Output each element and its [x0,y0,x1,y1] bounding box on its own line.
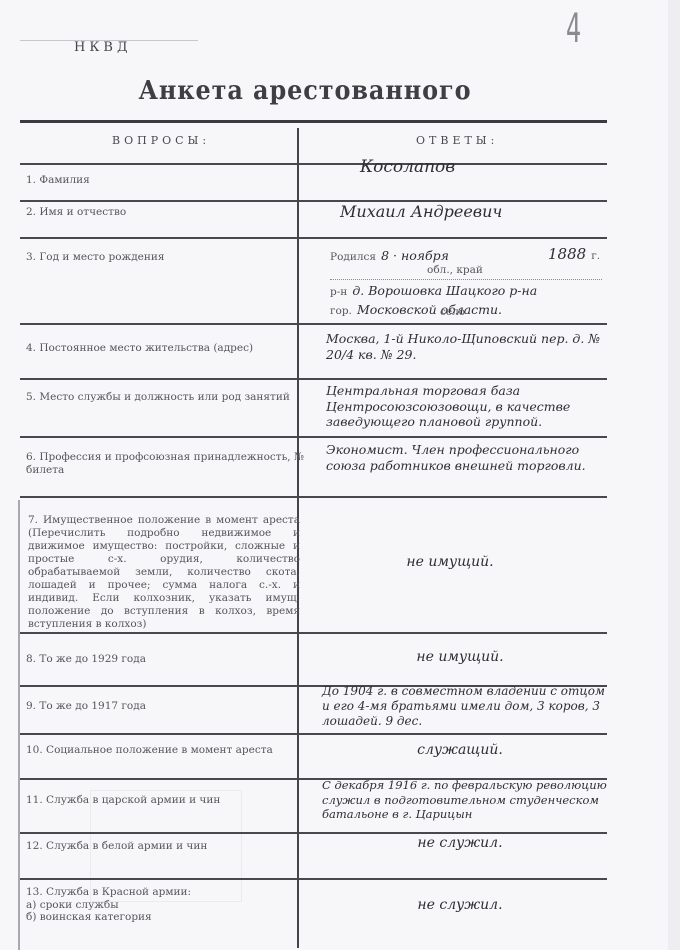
answer-8: не имущий. [330,650,590,666]
scan-fold-line [18,500,20,950]
question-11: 11. Служба в царской армии и чин [26,794,316,807]
answer-12: не служил. [330,836,590,852]
region-label: обл., край [427,264,483,276]
answer-2: Михаил Андреевич [340,204,630,220]
row-divider [20,323,607,325]
question-12: 12. Служба в белой армии и чин [26,840,316,853]
agency-name: НКВД [74,40,132,55]
answer-7: не имущий. [320,555,580,571]
district-label: р-н [330,286,347,298]
answers-header: ОТВЕТЫ: [416,134,498,147]
year-suffix: г. [591,250,600,262]
city-label: гор. [330,305,352,317]
row-divider [20,878,607,880]
question-13: 13. Служба в Красной армии: а) сроки слу… [26,886,316,924]
answer-6: Экономист. Член профессионального союза … [326,442,602,473]
form-title: Анкета арестованного [24,76,585,106]
questions-header: ВОПРОСЫ: [112,134,210,147]
answer-11: С декабря 1916 г. по февральскую революц… [322,778,612,822]
question-1: 1. Фамилия [26,174,316,187]
answer-9: До 1904 г. в совместном владении с отцом… [322,684,607,729]
born-year: 1888 [548,245,586,263]
row-divider [20,832,607,834]
row-divider [20,237,607,239]
row-divider [20,632,607,634]
born-label: Родился [330,251,376,263]
question-8: 8. То же до 1929 года [26,653,316,666]
answer-10: служащий. [330,743,590,759]
answer-13: не служил. [330,898,590,914]
question-2: 2. Имя и отчество [26,206,316,219]
row-divider [20,733,607,735]
scan-edge [668,0,680,950]
question-7: 7. Имущественное положение в момент арес… [28,514,300,631]
answer-4: Москва, 1-й Николо-Щиповский пер. д. № 2… [326,331,602,362]
question-10: 10. Социальное положение в момент ареста [26,744,316,757]
table-top-rule [20,120,607,123]
row-divider [20,378,607,380]
district-value: д. Ворошовка Шацкого р-на [352,283,537,298]
born-date: 8 · ноября [381,248,449,263]
row-divider [20,200,607,202]
question-3: 3. Год и место рождения [26,251,316,264]
row-divider [20,436,607,438]
question-5: 5. Место службы и должность или род заня… [26,391,316,404]
question-4: 4. Постоянное место жительства (адрес) [26,342,316,355]
question-9: 9. То же до 1917 года [26,700,316,713]
arrest-questionnaire-page: НКВД 4 Анкета арестованного ВОПРОСЫ: ОТВ… [0,0,680,950]
village-label: село [440,306,465,318]
row-divider [20,496,607,498]
answer-1: Косолапов [360,160,650,176]
sheet-number: 4 [566,6,581,52]
answer-5: Центральная торговая база Центросоюзсоюз… [326,383,602,430]
question-6: 6. Профессия и профсоюзная принадлежност… [26,451,308,477]
city-value: Московской области. [357,302,502,317]
